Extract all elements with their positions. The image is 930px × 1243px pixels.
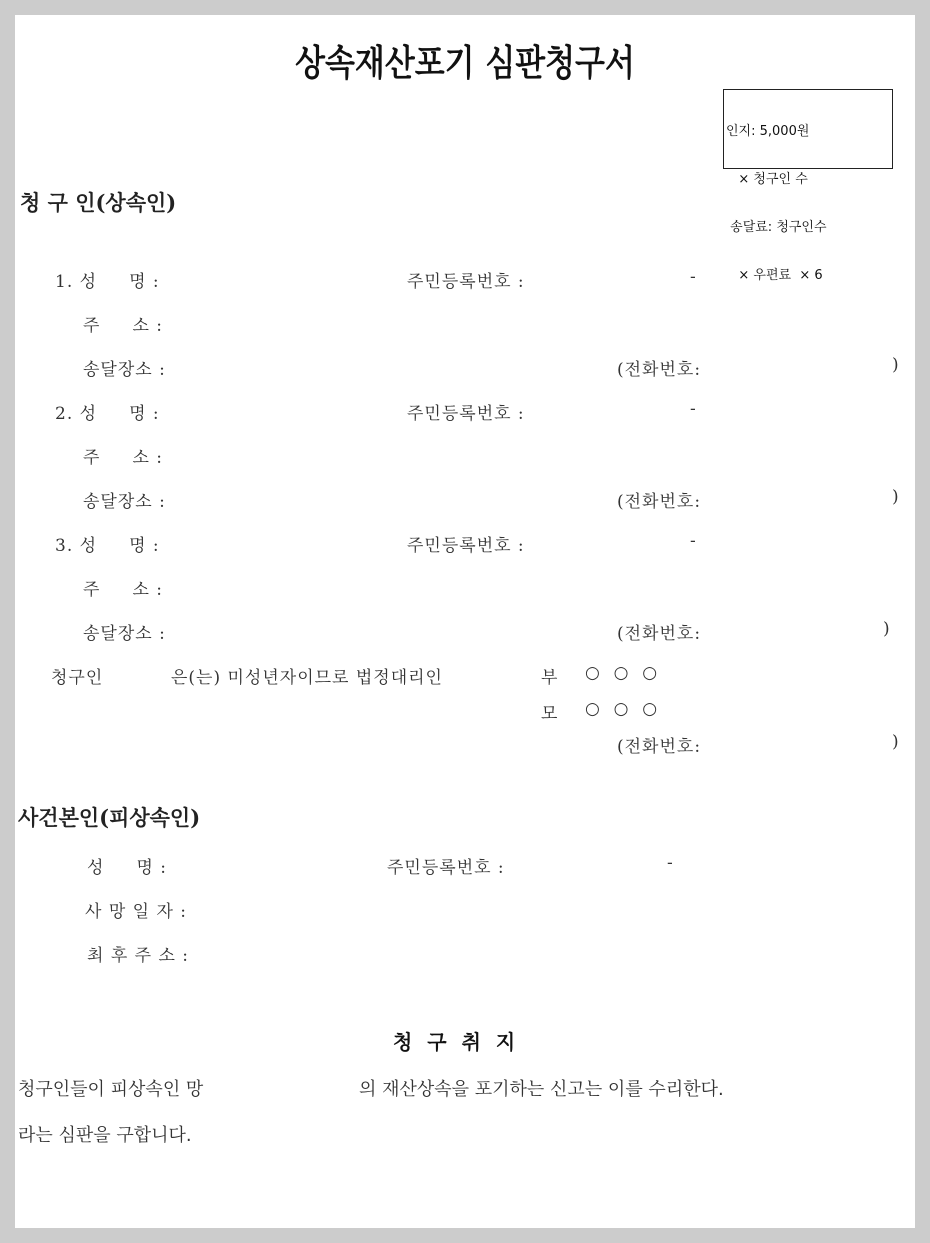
father-name: ○ ○ ○ (585, 663, 658, 683)
claimant-phone-open: (전화번호: (617, 619, 701, 644)
claimant-name-label: 3. 성 명 : (55, 531, 160, 556)
claimant-delivery-label: 송달장소 : (83, 487, 166, 512)
claimant-delivery-label: 송달장소 : (83, 619, 166, 644)
claimants-heading: 청 구 인(상속인) (20, 187, 176, 217)
mother-name: ○ ○ ○ (585, 699, 658, 719)
claim-purpose-line1-part1: 청구인들이 피상속인 망 (18, 1075, 203, 1101)
decedent-name-label: 성 명 : (87, 853, 167, 878)
claimant-phone-open: (전화번호: (617, 487, 701, 512)
guardian-phone-close: ) (892, 732, 900, 752)
claim-purpose-line1-part2: 의 재산상속을 포기하는 신고는 이를 수리한다. (359, 1075, 724, 1101)
claimant-address-label: 주 소 : (83, 311, 163, 336)
stamp-line-4: × 우편료 × 6 (726, 268, 892, 284)
stamp-line-2: × 청구인 수 (726, 172, 892, 188)
claimant-phone-close: ) (892, 487, 900, 507)
stamp-line-3: 송달료: 청구인수 (726, 220, 892, 236)
claimant-name-label: 2. 성 명 : (55, 399, 160, 424)
claim-purpose-heading: 청 구 취 지 (393, 1026, 519, 1055)
mother-label: 모 (541, 699, 558, 724)
claimant-delivery-label: 송달장소 : (83, 355, 166, 380)
guardian-phone-open: (전화번호: (617, 732, 701, 757)
claimant-name-label: 1. 성 명 : (55, 267, 160, 292)
claimant-rrn-dash: - (690, 531, 697, 551)
minor-prefix: 청구인 (51, 663, 103, 688)
stamp-line-1: 인지: 5,000원 (726, 124, 892, 140)
claimant-phone-open: (전화번호: (617, 355, 701, 380)
document-page: 상속재산포기 심판청구서 인지: 5,000원 × 청구인 수 송달료: 청구인… (15, 15, 915, 1228)
claimant-rrn-label: 주민등록번호 : (407, 399, 525, 424)
claimant-rrn-label: 주민등록번호 : (407, 531, 525, 556)
decedent-heading: 사건본인(피상속인) (18, 802, 200, 832)
claimant-address-label: 주 소 : (83, 575, 163, 600)
claimant-address-label: 주 소 : (83, 443, 163, 468)
claimant-rrn-label: 주민등록번호 : (407, 267, 525, 292)
stamp-fee-box: 인지: 5,000원 × 청구인 수 송달료: 청구인수 × 우편료 × 6 (723, 89, 893, 169)
claim-purpose-line2: 라는 심판을 구합니다. (18, 1121, 192, 1147)
claimant-phone-close: ) (892, 355, 900, 375)
decedent-last-address-label: 최 후 주 소 : (87, 941, 189, 966)
father-label: 부 (541, 663, 558, 688)
claimant-rrn-dash: - (690, 399, 697, 419)
document-title: 상속재산포기 심판청구서 (78, 35, 852, 86)
minor-text: 은(는) 미성년자이므로 법정대리인 (171, 663, 443, 688)
decedent-rrn-label: 주민등록번호 : (387, 853, 505, 878)
decedent-death-date-label: 사 망 일 자 : (85, 897, 187, 922)
claimant-phone-close: ) (883, 619, 891, 639)
claimant-rrn-dash: - (690, 267, 697, 287)
decedent-rrn-dash: - (667, 853, 674, 873)
